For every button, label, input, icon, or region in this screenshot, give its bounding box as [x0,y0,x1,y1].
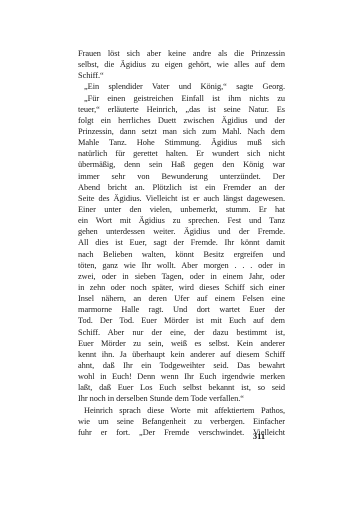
text-line: Abend bricht an. Plötzlich ist ein Fremd… [78,182,285,193]
text-line: zwei, oder in sieben Tagen, oder in eine… [78,271,285,282]
text-line: töten, ganz wie Ihr wollt. Aber morgen .… [78,260,285,271]
text-line: Mahle Tanz. Hohe Stimmung. Ägidius muß s… [78,137,285,148]
text-line: übermäßig, denn sein Haß gegen den König… [78,159,285,170]
text-line: in zehn oder noch später, wird dieses Sc… [78,282,285,293]
text-line: gehen unterdessen weiter. Ägidius und de… [78,226,285,237]
text-line: kennt ihn. Ja überhaupt kein anderer auf… [78,349,285,360]
text-line: nach Belieben walten, könnt Besitz ergre… [78,249,285,260]
text-line: Einer unter den vielen, unbemerkt, stumm… [78,204,285,215]
text-line: „Ein splendider Vater und König,“ sagte … [78,81,285,92]
text-line: All dies ist Euer, sagt der Fremde. Ihr … [78,237,285,248]
text-line: folgt ein herrliches Duett zwischen Ägid… [78,115,285,126]
text-line: wie um seine Befangenheit zu verbergen. … [78,416,285,427]
text-line: natürlich für gerettet halten. Er wunder… [78,148,285,159]
text-line: Tod. Der Tod. Euer Mörder ist mit Euch a… [78,315,285,326]
text-line: Euer Mörder zu sein, weiß es selbst. Kei… [78,338,285,349]
text-line: ein Wort mit Ägidius zu sprechen. Fest u… [78,215,285,226]
text-line: selbst, die Ägidius zu eigen gehört, wie… [78,59,285,70]
text-line: Heinrich sprach diese Worte mit affektie… [78,405,285,416]
text-line: Prinzessin, dann setzt man sich zum Mahl… [78,126,285,137]
text-line: Insel nähern, an deren Ufer auf einem Fe… [78,293,285,304]
text-line: Schiff. Aber nur der eine, der dazu best… [78,327,285,338]
text-line: wohl in Euch! Denn wenn Ihr Euch irgendw… [78,371,285,382]
text-line: ahnt, daß Ihr ein Todgeweihter seid. Das… [78,360,285,371]
text-line: immer sehr von Bewunderung unterzündet. … [78,171,285,182]
page-number: 311 [250,431,268,441]
text-line: laßt, daß Euer Los Euch selbst bekannt i… [78,382,285,393]
text-line: „Für einen geistreichen Einfall ist ihm … [78,93,285,104]
text-line: Frauen löst sich aber keine andre als di… [78,48,285,59]
text-line: marmorne Halle ragt. Und dort wartet Eue… [78,304,285,315]
text-line: Schiff.“ [78,70,285,81]
text-line: Seite des Ägidius. Vielleicht ist er auc… [78,193,285,204]
text-line: Ihr noch in derselben Stunde dem Tode ve… [78,393,285,404]
body-text: Frauen löst sich aber keine andre als di… [78,48,285,438]
book-page: Frauen löst sich aber keine andre als di… [0,0,361,512]
text-line: teuer,“ erläuterte Heinrich, „das ist se… [78,104,285,115]
